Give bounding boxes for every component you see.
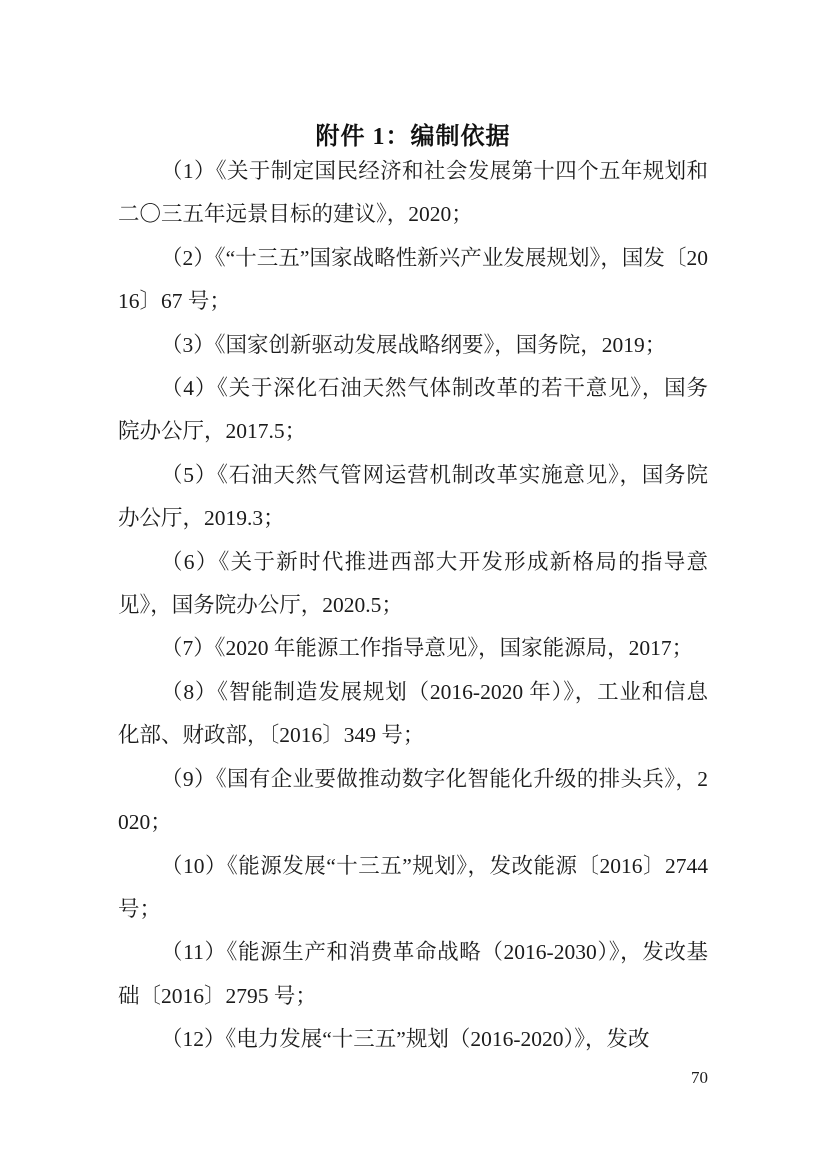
reference-item: （7）《2020 年能源工作指导意见》，国家能源局，2017；: [118, 627, 708, 670]
reference-item: （1）《关于制定国民经济和社会发展第十四个五年规划和二〇三五年远景目标的建议》，…: [118, 150, 708, 237]
reference-item: （6）《关于新时代推进西部大开发形成新格局的指导意见》，国务院办公厅，2020.…: [118, 541, 708, 628]
reference-item: （8）《智能制造发展规划（2016-2020 年）》，工业和信息化部、财政部，〔…: [118, 671, 708, 758]
reference-item: （11）《能源生产和消费革命战略（2016-2030）》，发改基础〔2016〕2…: [118, 931, 708, 1018]
reference-item: （4）《关于深化石油天然气体制改革的若干意见》，国务院办公厅，2017.5；: [118, 367, 708, 454]
document-body: （1）《关于制定国民经济和社会发展第十四个五年规划和二〇三五年远景目标的建议》，…: [118, 150, 708, 1062]
reference-item: （2）《“十三五”国家战略性新兴产业发展规划》，国发〔2016〕67 号；: [118, 237, 708, 324]
reference-item: （12）《电力发展“十三五”规划（2016-2020）》，发改: [118, 1018, 708, 1061]
document-page: 附件 1：编制依据 （1）《关于制定国民经济和社会发展第十四个五年规划和二〇三五…: [0, 0, 826, 1169]
reference-item: （9）《国有企业要做推动数字化智能化升级的排头兵》，2020；: [118, 758, 708, 845]
page-number: 70: [691, 1066, 708, 1090]
reference-item: （3）《国家创新驱动发展战略纲要》，国务院，2019；: [118, 324, 708, 367]
page-title: 附件 1：编制依据: [0, 116, 826, 151]
reference-item: （5）《石油天然气管网运营机制改革实施意见》，国务院办公厅，2019.3；: [118, 454, 708, 541]
reference-item: （10）《能源发展“十三五”规划》，发改能源〔2016〕2744 号；: [118, 845, 708, 932]
